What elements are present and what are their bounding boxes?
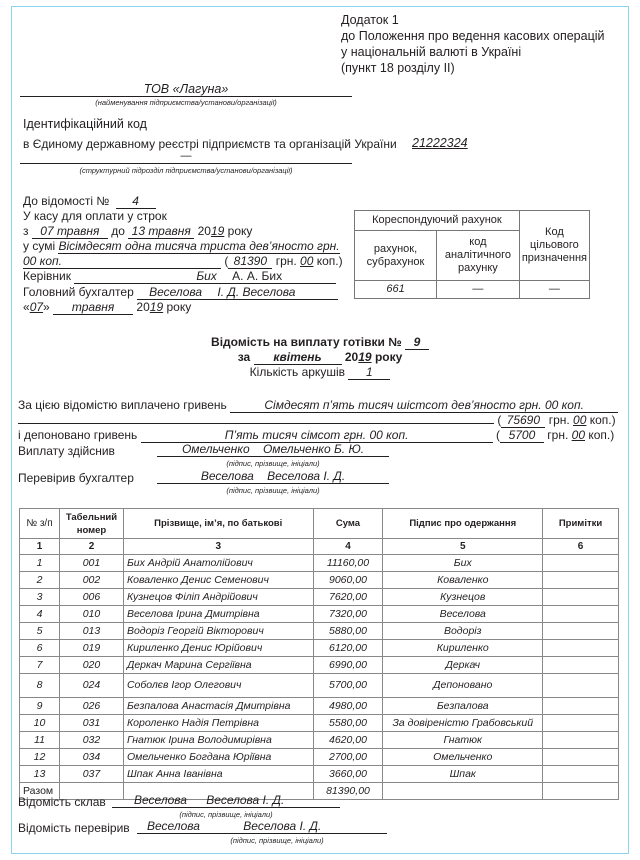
compiled-name: Веселова І. Д. <box>206 793 284 807</box>
row-tab-number: 006 <box>59 589 123 606</box>
row-full-name: Шпак Анна Іванівна <box>123 766 313 783</box>
order-year-prefix: 20 <box>136 300 149 314</box>
row-tab-number: 032 <box>59 732 123 749</box>
row-full-name: Кириленко Денис Юрійович <box>123 640 313 657</box>
header-full-name: Прізвище, ім’я, по батькові <box>123 509 313 539</box>
paid-number: 75690 <box>501 414 545 428</box>
deposited-words: П’ять тисяч сімсот грн. 00 коп. <box>141 429 493 443</box>
from-label: з <box>23 224 29 238</box>
statement-year-prefix: 20 <box>345 350 358 364</box>
division-line <box>20 163 352 164</box>
row-number: 4 <box>20 606 60 623</box>
row-signature: Безпалова <box>383 698 543 715</box>
row-signature: За довіреністю Грабовський <box>383 715 543 732</box>
deposited-number: 5700 <box>500 429 544 443</box>
paid-kop-label: коп.) <box>590 413 616 427</box>
division-value: — <box>20 150 352 162</box>
deposited-row: і депоновано гривень П’ять тисяч сімсот … <box>18 428 614 443</box>
order-date-month: травня <box>53 301 133 315</box>
row-tab-number: 002 <box>59 572 123 589</box>
row-note <box>543 623 619 640</box>
table-row: 6019Кириленко Денис Юрійович6120,00Кирил… <box>20 640 619 657</box>
checked-by-sign: Веселова <box>201 469 254 483</box>
table-row: 8024Соболєв Ігор Олегович5700,00Депонова… <box>20 674 619 698</box>
appendix-line-3: у національній валюті в Україні <box>341 44 604 60</box>
checked-by-label: Перевірив бухгалтер <box>18 471 134 485</box>
compiled-signature: Веселова Веселова І. Д. <box>112 794 340 808</box>
to-statement-label: До відомості № <box>23 194 109 208</box>
row-number: 8 <box>20 674 60 698</box>
table-row: 3006Кузнецов Філіп Андрійович7620,00Кузн… <box>20 589 619 606</box>
header-notes: Примітки <box>543 509 619 539</box>
paid-words: Сімдесят п’ять тисяч шістсот дев’яносто … <box>230 399 618 413</box>
row-number: 13 <box>20 766 60 783</box>
year-suffix: 19 <box>211 224 224 238</box>
row-signature: Бих <box>383 555 543 572</box>
row-sum: 2700,00 <box>313 749 383 766</box>
row-sum: 7320,00 <box>313 606 383 623</box>
compiled-sign: Веселова <box>134 793 187 807</box>
verified-caption: (підпис, прізвище, ініціали) <box>137 836 387 845</box>
row-number: 7 <box>20 657 60 674</box>
row-sum: 5700,00 <box>313 674 383 698</box>
sheets-label: Кількість аркушів <box>250 365 345 379</box>
company-name-line <box>20 96 352 97</box>
row-sum: 7620,00 <box>313 589 383 606</box>
paid-uah-label: грн. <box>549 413 570 427</box>
sum-row-2: 00 коп. (81390 грн. 00 коп.) <box>23 254 343 269</box>
table-row: 10031Короленко Надія Петрівна5580,00За д… <box>20 715 619 732</box>
row-full-name: Коваленко Денис Семенович <box>123 572 313 589</box>
statement-month: квітень <box>254 351 342 365</box>
header-number: № з/п <box>20 509 60 539</box>
paid-by-sign: Омельченко <box>182 442 250 456</box>
row-signature: Шпак <box>383 766 543 783</box>
id-code-label-1: Ідентифікаційний код <box>23 117 147 131</box>
row-number: 10 <box>20 715 60 732</box>
table-row: 13037Шпак Анна Іванівна3660,00Шпак <box>20 766 619 783</box>
order-date-row: «07» травня 2019 року <box>23 300 191 315</box>
kop-label: коп.) <box>317 254 343 268</box>
kop-value: 00 <box>300 254 313 268</box>
corr-header-purpose: Код цільового призначення <box>519 211 589 281</box>
row-sum: 4620,00 <box>313 732 383 749</box>
row-full-name: Кузнецов Філіп Андрійович <box>123 589 313 606</box>
row-note <box>543 749 619 766</box>
chief-accountant-label: Головний бухгалтер <box>23 285 134 299</box>
deposited-uah-label: грн. <box>547 428 568 442</box>
paid-row: За цією відомістю виплачено гривень Сімд… <box>18 398 618 413</box>
sum-label: у сумі <box>23 239 55 253</box>
row-full-name: Деркач Марина Сергіївна <box>123 657 313 674</box>
year-prefix: 20 <box>198 224 211 238</box>
chief-accountant-name: І. Д. Веселова <box>217 285 295 299</box>
row-note <box>543 732 619 749</box>
row-note <box>543 715 619 732</box>
verified-sign: Веселова <box>147 819 200 833</box>
row-signature: Кириленко <box>383 640 543 657</box>
col-number-1: 1 <box>20 539 60 555</box>
appendix-note: Додаток 1 до Положення про ведення касов… <box>341 12 604 76</box>
row-full-name: Короленко Надія Петрівна <box>123 715 313 732</box>
deposited-kop-label: коп.) <box>588 428 614 442</box>
checked-by-signature: Веселова Веселова І. Д. <box>157 470 389 484</box>
row-tab-number: 013 <box>59 623 123 640</box>
statement-title: Відомість на виплату готівки № 9 <box>0 335 640 350</box>
row-note <box>543 589 619 606</box>
sheets-count: 1 <box>348 366 390 380</box>
corr-analytic-value: — <box>437 281 520 299</box>
row-sum: 6120,00 <box>313 640 383 657</box>
row-note <box>543 606 619 623</box>
row-signature: Коваленко <box>383 572 543 589</box>
id-code-value: 21222324 <box>412 136 468 150</box>
paid-number-row: (75690 грн. 00 коп.) <box>18 413 616 428</box>
statement-title-label: Відомість на виплату готівки № <box>211 335 402 349</box>
row-sum: 11160,00 <box>313 555 383 572</box>
year-word: року <box>228 224 253 238</box>
row-sum: 9060,00 <box>313 572 383 589</box>
row-tab-number: 026 <box>59 698 123 715</box>
row-number: 9 <box>20 698 60 715</box>
paid-label: За цією відомістю виплачено гривень <box>18 398 227 412</box>
row-full-name: Омельченко Богдана Юріївна <box>123 749 313 766</box>
deposited-kop-value: 00 <box>572 428 585 442</box>
table-row: 12034Омельченко Богдана Юріївна2700,00Ом… <box>20 749 619 766</box>
row-note <box>543 674 619 698</box>
row-tab-number: 034 <box>59 749 123 766</box>
row-full-name: Водоріз Георгій Вікторович <box>123 623 313 640</box>
row-number: 11 <box>20 732 60 749</box>
header-signature: Підпис про одержання <box>383 509 543 539</box>
order-year-suffix: 19 <box>150 300 163 314</box>
table-row: 5013Водоріз Георгій Вікторович5880,00Вод… <box>20 623 619 640</box>
row-sum: 4980,00 <box>313 698 383 715</box>
corr-header-group: Кореспондуючий рахунок <box>355 211 520 231</box>
statement-sheets: Кількість аркушів 1 <box>0 365 640 380</box>
verified-name: Веселова І. Д. <box>243 819 321 833</box>
row-full-name: Веселова Ірина Дмитрівна <box>123 606 313 623</box>
statement-year-word: року <box>375 350 402 364</box>
deposited-label: і депоновано гривень <box>18 428 137 442</box>
header-tab-number: Табельний номер <box>59 509 123 539</box>
checked-by-caption: (підпис, прізвище, ініціали) <box>157 486 389 495</box>
from-date: 07 травня <box>32 225 108 239</box>
paid-by-name: Омельченко Б. Ю. <box>263 442 364 456</box>
row-note <box>543 766 619 783</box>
compiled-caption: (підпис, прізвище, ініціали) <box>112 810 340 819</box>
chief-accountant-sign: Веселова <box>149 285 202 299</box>
director-sign: Бих <box>196 269 216 283</box>
correspondence-table: Кореспондуючий рахунок Код цільового при… <box>354 210 590 299</box>
row-tab-number: 024 <box>59 674 123 698</box>
table-row: 11032Гнатюк Ірина Володимирівна4620,00Гн… <box>20 732 619 749</box>
statement-period: за квітень 2019 року <box>0 350 640 365</box>
table-row: 9026Безпалова Анастасія Дмитрівна4980,00… <box>20 698 619 715</box>
to-date: 13 травня <box>128 225 194 239</box>
row-sum: 3660,00 <box>313 766 383 783</box>
sum-words-1: Вісімдесят одна тисяча триста дев’яносто… <box>58 240 340 254</box>
sum-row: у сумі Вісімдесят одна тисяча триста дев… <box>23 239 340 254</box>
row-signature: Водоріз <box>383 623 543 640</box>
to-statement-row: До відомості № 4 <box>23 194 156 209</box>
row-signature: Депоновано <box>383 674 543 698</box>
appendix-line-2: до Положення про ведення касових операці… <box>341 28 604 44</box>
to-statement-number: 4 <box>116 195 156 209</box>
paid-by-signature: Омельченко Омельченко Б. Ю. <box>157 443 389 457</box>
row-full-name: Безпалова Анастасія Дмитрівна <box>123 698 313 715</box>
row-tab-number: 037 <box>59 766 123 783</box>
pay-term-row: з 07 травня до 13 травня 2019 року <box>23 224 252 239</box>
chief-accountant-row: Головний бухгалтер Веселова І. Д. Весело… <box>23 285 338 300</box>
paid-by-label: Виплату здійснив <box>18 444 115 458</box>
company-name: ТОВ «Лагуна» <box>20 82 352 96</box>
row-tab-number: 020 <box>59 657 123 674</box>
corr-header-account: рахунок, субрахунок <box>355 231 437 281</box>
col-number-5: 5 <box>383 539 543 555</box>
appendix-line-1: Додаток 1 <box>341 12 604 28</box>
to-label: до <box>111 224 125 238</box>
row-tab-number: 001 <box>59 555 123 572</box>
row-sum: 5880,00 <box>313 623 383 640</box>
appendix-line-4: (пункт 18 розділу ІІ) <box>341 60 604 76</box>
row-signature: Деркач <box>383 657 543 674</box>
row-full-name: Соболєв Ігор Олегович <box>123 674 313 698</box>
row-tab-number: 031 <box>59 715 123 732</box>
row-signature: Кузнецов <box>383 589 543 606</box>
header-sum: Сума <box>313 509 383 539</box>
table-row: 4010Веселова Ірина Дмитрівна7320,00Весел… <box>20 606 619 623</box>
row-note <box>543 698 619 715</box>
row-sum: 6990,00 <box>313 657 383 674</box>
row-signature: Омельченко <box>383 749 543 766</box>
director-label: Керівник <box>23 269 71 283</box>
uah-label: грн. <box>276 254 297 268</box>
row-signature: Гнатюк <box>383 732 543 749</box>
company-name-caption: (найменування підприємства/установи/орга… <box>20 98 352 107</box>
table-row: 2002Коваленко Денис Семенович9060,00Кова… <box>20 572 619 589</box>
order-date-day: 07 <box>30 300 43 314</box>
row-number: 12 <box>20 749 60 766</box>
division-caption: (структурний підрозділ підприємства/уста… <box>20 166 352 175</box>
verified-label: Відомість перевірив <box>18 821 130 835</box>
row-full-name: Гнатюк Ірина Володимирівна <box>123 732 313 749</box>
table-row: 7020Деркач Марина Сергіївна6990,00Деркач <box>20 657 619 674</box>
corr-header-analytic: код аналітичного рахунку <box>437 231 520 281</box>
sum-number: 81390 <box>228 255 272 269</box>
row-note <box>543 657 619 674</box>
director-name: А. А. Бих <box>232 269 282 283</box>
row-number: 3 <box>20 589 60 606</box>
col-number-3: 3 <box>123 539 313 555</box>
col-number-6: 6 <box>543 539 619 555</box>
row-number: 1 <box>20 555 60 572</box>
corr-account-value: 661 <box>355 281 437 299</box>
statement-number: 9 <box>405 336 429 350</box>
row-number: 5 <box>20 623 60 640</box>
director-row: Керівник Бих А. А. Бих <box>23 269 336 284</box>
table-row: 1001Бих Андрій Анатолійович11160,00Бих <box>20 555 619 572</box>
id-code-label-2: в Єдиному державному реєстрі підприємств… <box>23 137 397 151</box>
row-number: 6 <box>20 640 60 657</box>
verified-signature: Веселова Веселова І. Д. <box>137 820 387 834</box>
row-note <box>543 555 619 572</box>
pay-term-label: У касу для оплати у строк <box>23 209 167 223</box>
corr-purpose-value: — <box>519 281 589 299</box>
row-sum: 5580,00 <box>313 715 383 732</box>
statement-year-suffix: 19 <box>358 350 371 364</box>
sum-words-2: 00 коп. <box>23 255 221 269</box>
col-number-2: 2 <box>59 539 123 555</box>
checked-by-name: Веселова І. Д. <box>267 469 345 483</box>
row-tab-number: 019 <box>59 640 123 657</box>
row-signature: Веселова <box>383 606 543 623</box>
payroll-table: № з/п Табельний номер Прізвище, ім’я, по… <box>19 508 619 800</box>
order-year-word: року <box>166 300 191 314</box>
paid-kop-value: 00 <box>573 413 586 427</box>
statement-for-label: за <box>238 350 250 364</box>
paid-by-caption: (підпис, прізвище, ініціали) <box>157 459 389 468</box>
compiled-label: Відомість склав <box>18 795 106 809</box>
row-note <box>543 640 619 657</box>
row-note <box>543 572 619 589</box>
col-number-4: 4 <box>313 539 383 555</box>
row-full-name: Бих Андрій Анатолійович <box>123 555 313 572</box>
row-number: 2 <box>20 572 60 589</box>
row-tab-number: 010 <box>59 606 123 623</box>
